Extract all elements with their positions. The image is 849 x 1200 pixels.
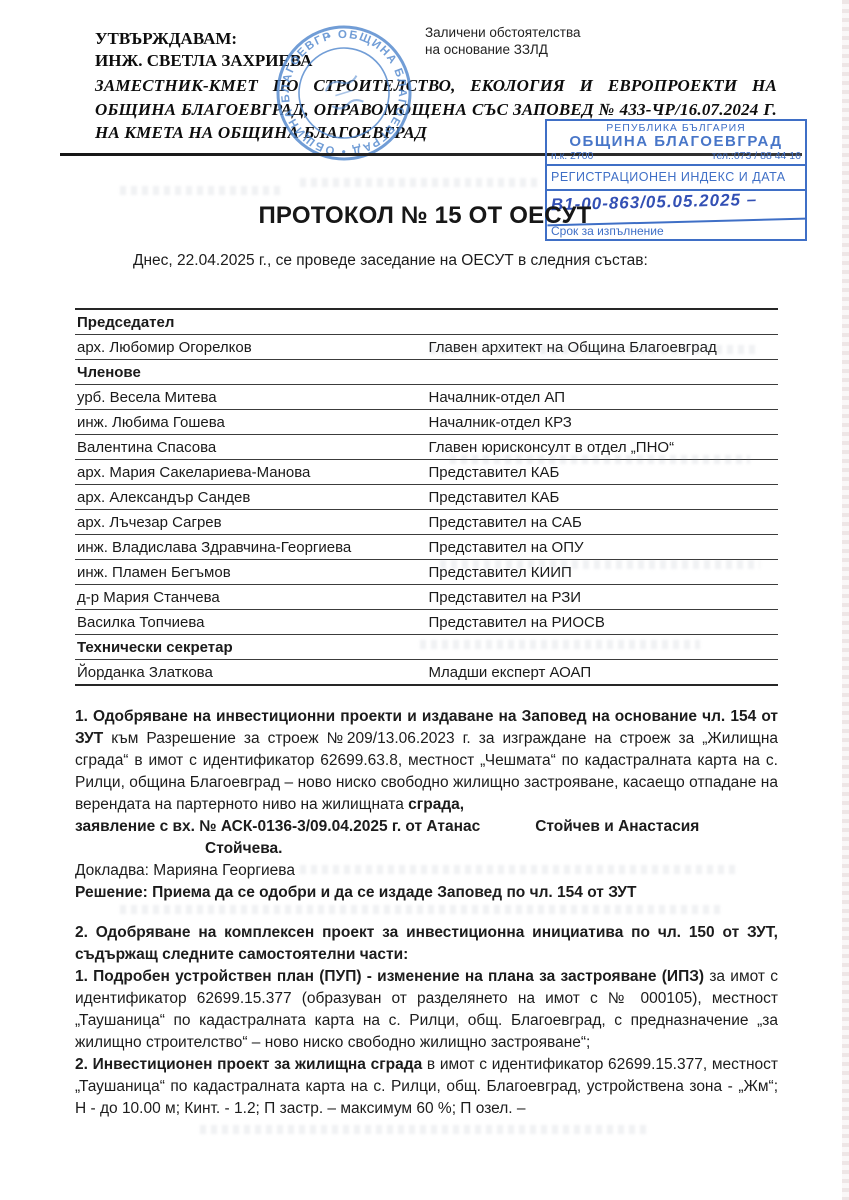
bleed-artifact [120, 905, 720, 914]
item1-applicants-line: заявление с вх. № АСК-0136-3/09.04.2025 … [75, 816, 778, 838]
table-section-chairman: Председател [75, 309, 778, 335]
item1-decision: Решение: Приема да се одобри и да се изд… [75, 882, 778, 904]
item2-heading: 2. Одобряване на комплексен проект за ин… [75, 922, 778, 966]
table-row: арх. Любомир ОгорелковГлавен архитект на… [75, 335, 778, 360]
item1-applicant-continued: Стойчева. [205, 838, 778, 860]
table-row: урб. Весела МитеваНачалник-отдел АП [75, 385, 778, 410]
table-row: арх. Мария Сакелариева-МановаПредставите… [75, 460, 778, 485]
redaction-note-line1: Заличени обстоятелства [425, 24, 645, 41]
agenda-item-2: 2. Одобряване на комплексен проект за ин… [75, 922, 778, 1120]
agenda-item-1: 1. Одобряване на инвестиционни проекти и… [75, 706, 778, 904]
table-section-members: Членове [75, 360, 778, 385]
stamp-reg-label: РЕГИСТРАЦИОНЕН ИНДЕКС И ДАТА [547, 166, 805, 191]
item2-sub2: 2. Инвестиционен проект за жилищна сград… [75, 1054, 778, 1120]
redaction-note: Заличени обстоятелства на основание ЗЗЛД [425, 24, 645, 58]
stamp-postcode: п.к. 2700 [551, 150, 593, 163]
intro-paragraph: Днес, 22.04.2025 г., се проведе заседани… [75, 252, 778, 270]
stamp-municipality: ОБЩИНА БЛАГОЕВГРАД [551, 134, 801, 150]
document-page: УТВЪРЖДАВАМ: ИНЖ. СВЕТЛА ЗАХРИЕВА ЗАМЕСТ… [0, 0, 849, 1200]
scan-edge-artifact [842, 0, 849, 1200]
item1-bold-tail: сграда, [408, 796, 464, 813]
bleed-artifact [120, 186, 280, 195]
item2-sub1: 1. Подробен устройствен план (ПУП) - изм… [75, 966, 778, 1054]
item1-paragraph: 1. Одобряване на инвестиционни проекти и… [75, 706, 778, 816]
table-row: Валентина СпасоваГлавен юрисконсулт в от… [75, 435, 778, 460]
table-row: инж. Пламен БегъмовПредставител КИИП [75, 560, 778, 585]
table-row: арх. Александър СандевПредставител КАБ [75, 485, 778, 510]
redaction-note-line2: на основание ЗЗЛД [425, 41, 645, 58]
stamp-head: РЕПУБЛИКА БЪЛГАРИЯ ОБЩИНА БЛАГОЕВГРАД п.… [547, 121, 805, 166]
item1-reporter: Докладва: Марияна Георгиева [75, 860, 778, 882]
document-title: ПРОТОКОЛ № 15 ОТ ОЕСУТ [75, 202, 775, 230]
table-row: арх. Лъчезар СагревПредставител на САБ [75, 510, 778, 535]
table-row: Василка ТопчиеваПредставител на РИОСВ [75, 610, 778, 635]
bleed-artifact [300, 178, 540, 187]
stamp-phone: тел.:073 / 88 44 16 [712, 150, 801, 163]
table-row: д-р Мария СтанчеваПредставител на РЗИ [75, 585, 778, 610]
council-table: Председател арх. Любомир ОгорелковГлавен… [75, 308, 778, 686]
table-section-secretary: Технически секретар [75, 635, 778, 660]
table-row: инж. Владислава Здравчина-ГеоргиеваПредс… [75, 535, 778, 560]
bleed-artifact [200, 1125, 650, 1134]
table-row: инж. Любима ГошеваНачалник-отдел КРЗ [75, 410, 778, 435]
table-row: Йорданка ЗлатковаМладши експерт АОАП [75, 660, 778, 686]
